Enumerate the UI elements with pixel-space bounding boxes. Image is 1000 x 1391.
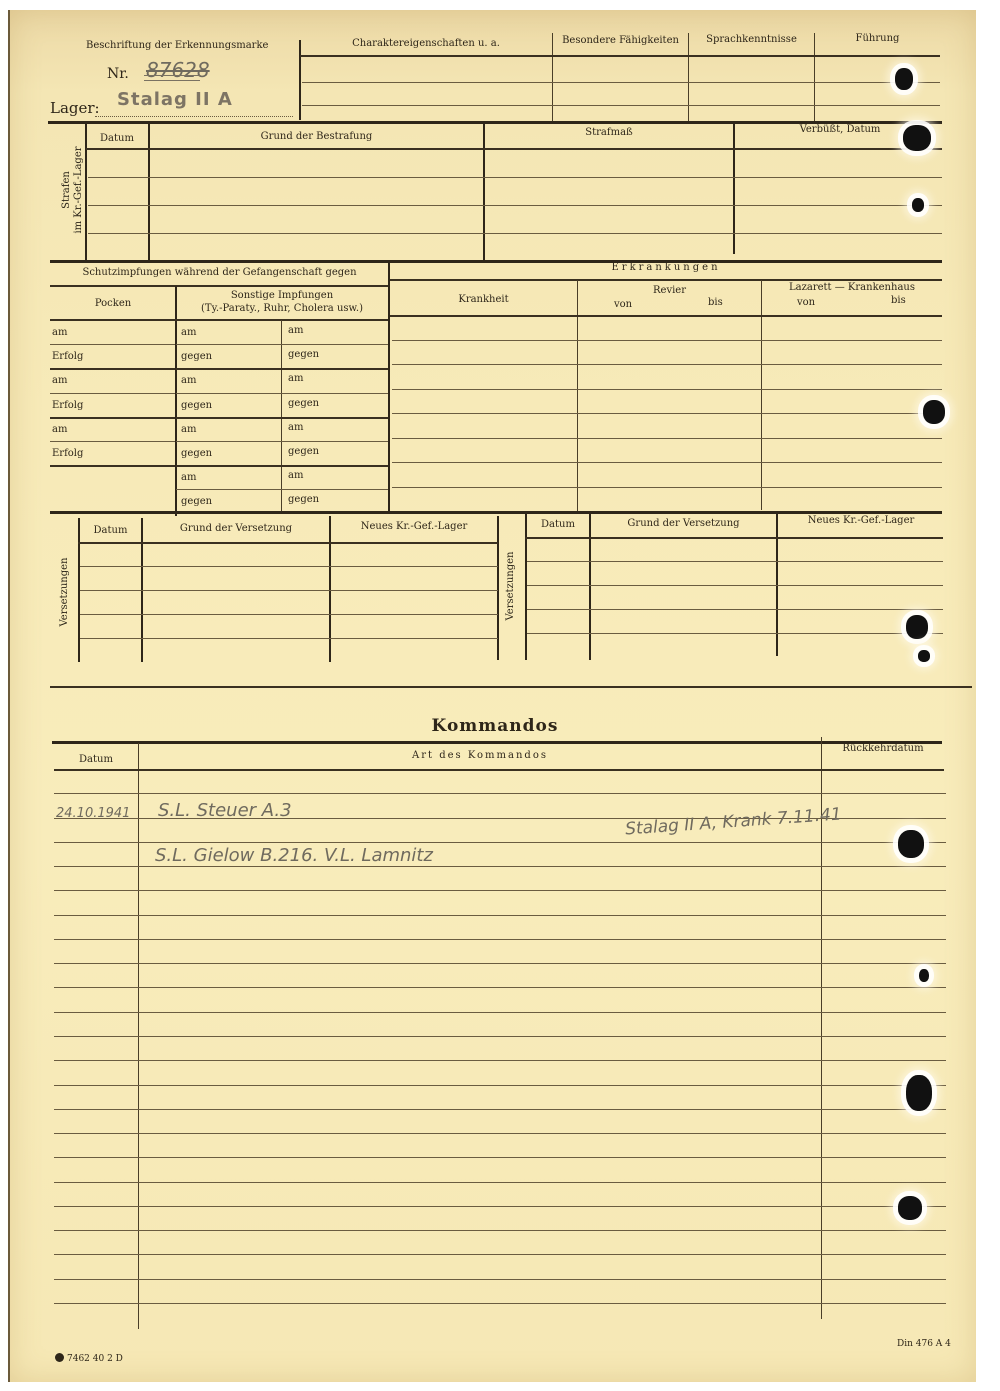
kommandos-col-rueckkehr: Rückkehrdatum [823,743,943,754]
nr-label: Nr. [107,66,129,82]
punch-hole-icon [906,615,928,639]
vers-left-col-grund: Grund der Versetzung [143,523,329,534]
sonstige-cell-label: gegen [181,400,212,411]
sonstige-header-2: (Ty.-Paraty., Ruhr, Cholera usw.) [177,303,387,314]
sonstige-cell-label: gegen [181,351,212,362]
form-sheet [8,10,976,1382]
sonstige-cell-label: am [181,472,196,483]
vers-right-col-lager: Neues Kr.-Gef.-Lager [778,515,944,526]
punch-hole-icon [898,1196,922,1220]
sonstige-cell-label: gegen [181,448,212,459]
vers-left-col-lager: Neues Kr.-Gef.-Lager [331,521,497,532]
sonstige-cell-label: am [288,325,303,336]
kommandos-col-datum: Datum [54,754,138,765]
versetzungen-side-label-left: Versetzungen [59,557,71,627]
punch-hole-icon [923,400,945,424]
lazarett-header: Lazarett — Krankenhaus [762,282,942,293]
sonstige-header-1: Sonstige Impfungen [177,290,387,301]
pocken-cell-label: Erfolg [52,400,83,411]
pocken-cell-label: am [52,327,67,338]
nr-value: 87628 [146,58,210,82]
col-charakter: Charaktereigenschaften u. a. [300,38,552,49]
vers-right-col-datum: Datum [527,519,589,530]
punch-hole-icon [919,969,929,982]
kommandos-col-art: Art des Kommandos [140,750,820,761]
col-faehigkeiten: Besondere Fähigkeiten [553,35,688,46]
lazarett-von: von [797,297,815,308]
punch-hole-icon [906,1075,932,1111]
sonstige-cell-label: gegen [288,349,319,360]
sonstige-cell-label: am [181,375,196,386]
pocken-cell-label: Erfolg [52,351,83,362]
id-tag-heading: Beschriftung der Erkennungsmarke [86,40,268,51]
strafen-col-grund: Grund der Bestrafung [150,131,483,142]
pocken-header: Pocken [52,298,174,309]
vers-right-col-grund: Grund der Versetzung [591,518,776,529]
sonstige-cell-label: gegen [288,446,319,457]
col-fuehrung: Führung [815,33,940,44]
vers-left-col-datum: Datum [80,525,141,536]
revier-bis: bis [708,297,723,308]
lager-label: Lager: [50,99,100,117]
versetzungen-side-label-right: Versetzungen [505,551,517,621]
pocken-cell-label: am [52,375,67,386]
kommando-2-art: S.L. Gielow B.216. V.L. Lamnitz [155,845,433,866]
punch-hole-icon [903,125,931,151]
pocken-cell-label: Erfolg [52,448,83,459]
lazarett-bis: bis [891,295,906,306]
sonstige-cell-label: gegen [288,494,319,505]
revier-von: von [614,299,632,310]
revier-header: Revier [578,285,761,296]
impfungen-heading: Schutzimpfungen während der Gefangenscha… [52,267,387,278]
sonstige-cell-label: am [288,422,303,433]
punch-hole-icon [912,198,924,212]
footer-left: 7462 40 2 D [55,1353,123,1364]
sonstige-cell-label: am [181,424,196,435]
punch-hole-icon [898,830,924,858]
col-sprachkenntnisse: Sprachkenntnisse [689,34,814,45]
lager-stamp: Stalag II A [117,89,233,110]
kommandos-title: Kommandos [50,716,940,736]
punch-hole-icon [918,650,930,662]
kommando-1-art: S.L. Steuer A.3 [158,800,292,821]
strafen-col-datum: Datum [86,133,148,144]
pocken-cell-label: am [52,424,67,435]
sonstige-cell-label: gegen [288,398,319,409]
sonstige-cell-label: am [288,470,303,481]
strafen-side-label: Strafenim Kr.-Gef.-Lager [61,145,85,235]
sonstige-cell-label: am [181,327,196,338]
footer-right: Din 476 A 4 [897,1339,951,1349]
strafen-col-strafmass: Strafmaß [485,127,733,138]
erkrankungen-heading: Erkrankungen [390,262,942,273]
krankheit-header: Krankheit [390,294,577,305]
kommando-1-datum: 24.10.1941 [56,806,130,821]
publisher-mark-icon [55,1353,64,1362]
sonstige-cell-label: am [288,373,303,384]
punch-hole-icon [895,68,913,90]
sonstige-cell-label: gegen [181,496,212,507]
